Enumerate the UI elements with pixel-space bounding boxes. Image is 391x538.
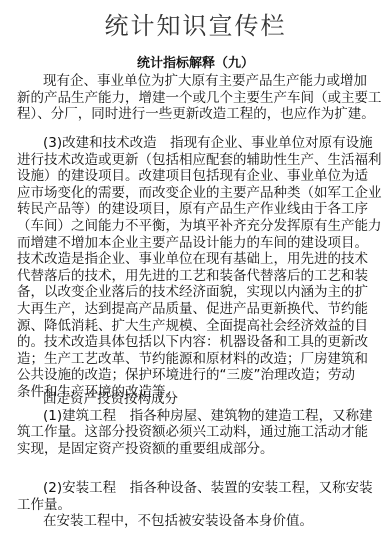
text-line: 转民产品等）的建设项目，原有产品生产作业线由于各工序 [17, 201, 377, 218]
text-line: 公共设施的改造；保护环境进行的“三废”治理改造；劳动 [17, 367, 377, 384]
page-title: 统计知识宣传栏 [0, 6, 391, 41]
text-line: 技术改造是指企业、事业单位在现有基础上，用先进的技术 [17, 251, 377, 268]
text-line: (2)安装工程 指各种设备、装置的安装工程，又称安装 [17, 480, 377, 497]
text-line: 进行技术改造或更新（包括相应配套的辅助性生产、生活福利 [17, 152, 377, 169]
text-line: 固定资产投资按构成分 [17, 391, 377, 408]
text-line: 而增建不增加本企业主要产品设计能力的车间的建设项目。 [17, 235, 377, 252]
text-line: (3)改建和技术改造 指现有企业、事业单位对原有设施 [17, 135, 377, 152]
text-line: 程）、分厂，同时进行一些更新改造工程的，也应作为扩建。 [17, 106, 377, 123]
text-line: 筑工作量。这部分投资额必须兴工动料，通过施工活动才能 [17, 424, 377, 441]
paragraph-fixed-assets: 固定资产投资按构成分 (1)建筑工程 指各种房屋、建筑物的建造工程，又称建 筑工… [17, 391, 377, 457]
text-line: 设施）的建设项目。改建项目包括现有企业、事业单位为适 [17, 168, 377, 185]
text-line: (1)建筑工程 指各种房屋、建筑物的建造工程，又称建 [17, 408, 377, 425]
paragraph-expansion: 现有企、事业单位为扩大原有主要产品生产能力或增加 新的产品生产能力，增建一个或几… [17, 73, 377, 123]
text-line: 大再生产，达到提高产品质量、促进产品更新换代、节约能 [17, 301, 377, 318]
text-line: （车间）之间能力不平衡，为填平补齐充分发挥原有生产能力 [17, 218, 377, 235]
text-line: 工作量。 [17, 497, 377, 514]
paragraph-installation: (2)安装工程 指各种设备、装置的安装工程，又称安装 工作量。 在安装工程中，不… [17, 480, 377, 530]
text-line: 实现，是固定资产投资额的重要组成部分。 [17, 441, 377, 458]
text-line: 新的产品生产能力，增建一个或几个主要生产车间（或主要工 [17, 90, 377, 107]
text-line: 源、降低消耗、扩大生产规模、全面提高社会经济效益的目 [17, 318, 377, 335]
text-line: 应市场变化的需要，而改变企业的主要产品种类（如军工企业 [17, 185, 377, 202]
text-line: 备，以改变企业落后的技术经济面貌，实现以内涵为主的扩 [17, 284, 377, 301]
text-line: 现有企、事业单位为扩大原有主要产品生产能力或增加 [17, 73, 377, 90]
text-line: 代替落后的技术，用先进的工艺和装备代替落后的工艺和装 [17, 268, 377, 285]
text-line: 的。技术改造具体包括以下内容：机器设备和工具的更新改 [17, 334, 377, 351]
paragraph-reconstruction: (3)改建和技术改造 指现有企业、事业单位对原有设施 进行技术改造或更新（包括相… [17, 135, 377, 401]
section-subtitle: 统计指标解释（九） [0, 52, 391, 71]
text-line: 在安装工程中，不包括被安装设备本身价值。 [17, 513, 377, 530]
text-line: 造；生产工艺改革、节约能源和原材料的改造；厂房建筑和 [17, 351, 377, 368]
